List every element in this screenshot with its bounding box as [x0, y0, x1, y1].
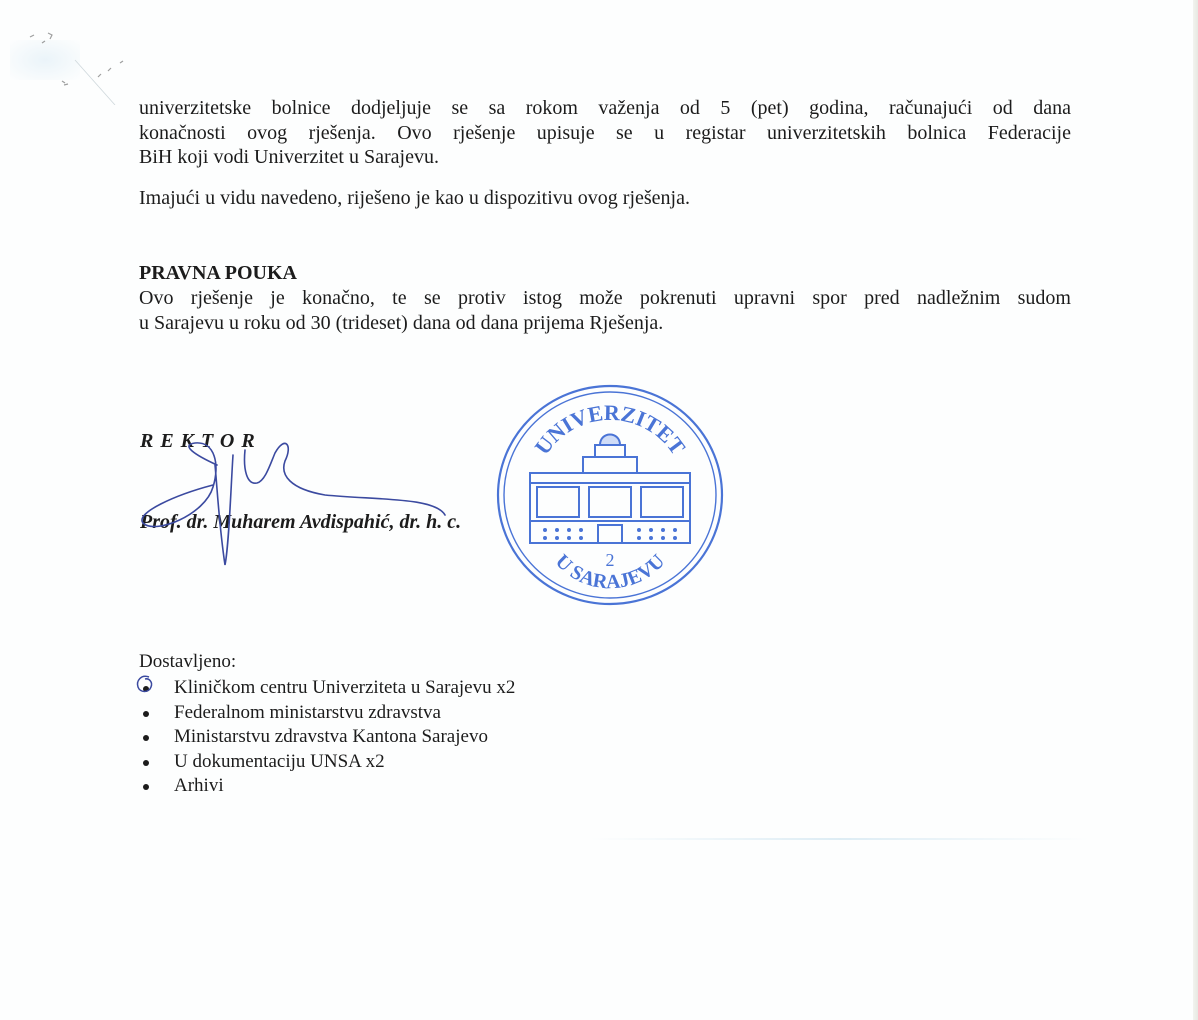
stamp-number: 2: [606, 550, 615, 570]
university-stamp: UNIVERZITET U SARAJEVU 2: [495, 383, 725, 608]
handwritten-circle-mark: [135, 673, 155, 695]
list-item-text: Ministarstvu zdravstva Kantona Sarajevo: [174, 726, 488, 747]
bullet-icon: [143, 784, 149, 790]
text-line: BiH koji vodi Univerzitet u Sarajevu.: [139, 145, 1071, 170]
page-edge: [1193, 0, 1198, 1020]
list-item-text: Arhivi: [174, 775, 224, 796]
scan-fold-line: [590, 838, 1090, 840]
paragraph-validity: univerzitetske bolnice dodjeljuje se sa …: [139, 96, 1071, 170]
list-item: Federalnom ministarstvu zdravstva: [139, 701, 515, 726]
list-item-text: U dokumentaciju UNSA x2: [174, 751, 385, 772]
list-item: U dokumentaciju UNSA x2: [139, 750, 515, 775]
bullet-icon: [143, 711, 149, 717]
legal-notice-text: Ovo rješenje je konačno, te se protiv is…: [139, 286, 1071, 335]
handwritten-signature: [135, 425, 475, 575]
distribution-label: Dostavljeno:: [139, 650, 236, 674]
list-item-text: Federalnom ministarstvu zdravstva: [174, 702, 441, 723]
text-line: u Sarajevu u roku od 30 (trideset) dana …: [139, 311, 1071, 336]
distribution-list: Kliničkom centru Univerziteta u Sarajevu…: [139, 676, 515, 799]
text-line: Imajući u vidu navedeno, riješeno je kao…: [139, 186, 1071, 211]
bullet-icon: [143, 760, 149, 766]
text-line: univerzitetske bolnice dodjeljuje se sa …: [139, 96, 1071, 121]
list-item: Kliničkom centru Univerziteta u Sarajevu…: [139, 676, 515, 701]
svg-text:UNIVERZITET: UNIVERZITET: [529, 400, 690, 460]
bullet-icon: [143, 735, 149, 741]
scan-artifact-marks: [20, 25, 140, 105]
stamp-top-text: UNIVERZITET: [529, 400, 690, 460]
paragraph-conclusion: Imajući u vidu navedeno, riješeno je kao…: [139, 186, 1071, 211]
text-line: Ovo rješenje je konačno, te se protiv is…: [139, 286, 1071, 311]
list-item: Arhivi: [139, 774, 515, 799]
text-line: konačnosti ovog rješenja. Ovo rješenje u…: [139, 121, 1071, 146]
legal-notice-heading: PRAVNA POUKA: [139, 261, 297, 285]
list-item: Ministarstvu zdravstva Kantona Sarajevo: [139, 725, 515, 750]
list-item-text: Kliničkom centru Univerziteta u Sarajevu…: [174, 677, 515, 698]
